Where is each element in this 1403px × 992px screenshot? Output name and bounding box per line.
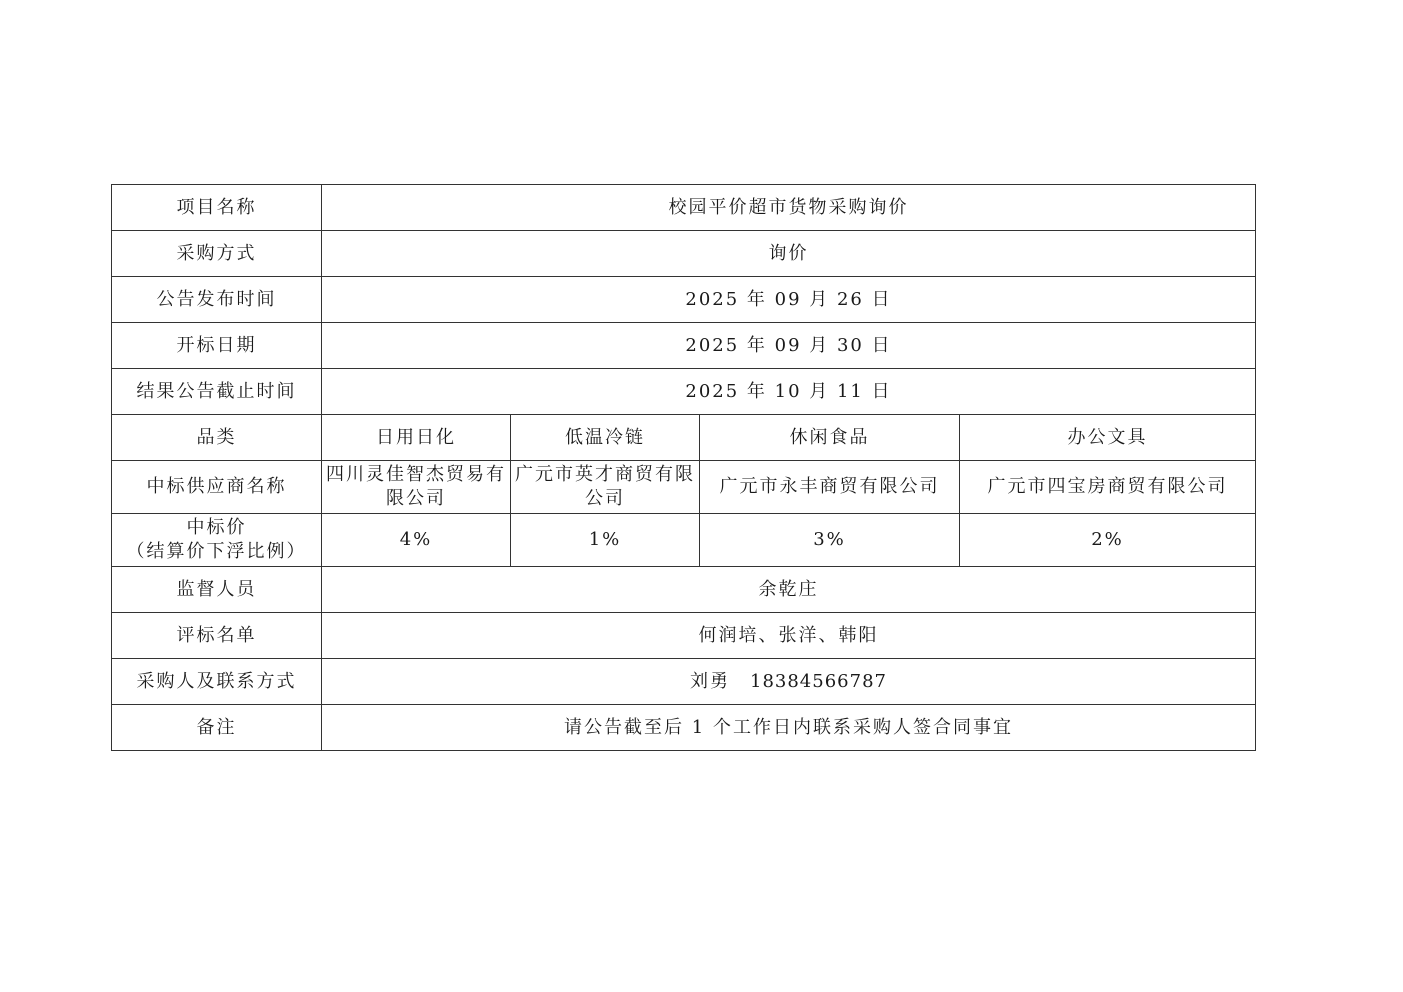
category-daily-chemicals: 日用日化 xyxy=(322,415,511,461)
price-office-supplies: 2% xyxy=(960,514,1256,567)
label-evaluation-list: 评标名单 xyxy=(112,613,322,659)
price-snacks: 3% xyxy=(700,514,960,567)
supplier-office-supplies: 广元市四宝房商贸有限公司 xyxy=(960,461,1256,514)
row-supervisor: 监督人员 余乾庄 xyxy=(112,567,1256,613)
row-categories: 品类 日用日化 低温冷链 休闲食品 办公文具 xyxy=(112,415,1256,461)
label-bid-opening-date: 开标日期 xyxy=(112,323,322,369)
value-bid-opening-date: 2025 年 09 月 30 日 xyxy=(322,323,1256,369)
row-evaluation-list: 评标名单 何润培、张洋、韩阳 xyxy=(112,613,1256,659)
value-supervisor: 余乾庄 xyxy=(322,567,1256,613)
label-remarks: 备注 xyxy=(112,705,322,751)
row-result-deadline: 结果公告截止时间 2025 年 10 月 11 日 xyxy=(112,369,1256,415)
label-winning-suppliers: 中标供应商名称 xyxy=(112,461,322,514)
value-procurement-method: 询价 xyxy=(322,231,1256,277)
value-purchaser-contact: 刘勇18384566787 xyxy=(322,659,1256,705)
label-announcement-time: 公告发布时间 xyxy=(112,277,322,323)
label-procurement-method: 采购方式 xyxy=(112,231,322,277)
row-remarks: 备注 请公告截至后 1 个工作日内联系采购人签合同事宜 xyxy=(112,705,1256,751)
value-remarks: 请公告截至后 1 个工作日内联系采购人签合同事宜 xyxy=(322,705,1256,751)
label-winning-price-line2: （结算价下浮比例） xyxy=(116,540,317,564)
document-page: 项目名称 校园平价超市货物采购询价 采购方式 询价 公告发布时间 2025 年 … xyxy=(0,0,1403,992)
purchaser-phone: 18384566787 xyxy=(750,671,887,692)
label-supervisor: 监督人员 xyxy=(112,567,322,613)
row-procurement-method: 采购方式 询价 xyxy=(112,231,1256,277)
category-snacks: 休闲食品 xyxy=(700,415,960,461)
label-winning-price: 中标价 （结算价下浮比例） xyxy=(112,514,322,567)
row-winning-suppliers: 中标供应商名称 四川灵佳智杰贸易有限公司 广元市英才商贸有限公司 广元市永丰商贸… xyxy=(112,461,1256,514)
label-purchaser-contact: 采购人及联系方式 xyxy=(112,659,322,705)
row-bid-opening-date: 开标日期 2025 年 09 月 30 日 xyxy=(112,323,1256,369)
value-evaluation-list: 何润培、张洋、韩阳 xyxy=(322,613,1256,659)
label-categories: 品类 xyxy=(112,415,322,461)
procurement-result-table: 项目名称 校园平价超市货物采购询价 采购方式 询价 公告发布时间 2025 年 … xyxy=(111,184,1256,751)
category-cold-chain: 低温冷链 xyxy=(511,415,700,461)
row-announcement-time: 公告发布时间 2025 年 09 月 26 日 xyxy=(112,277,1256,323)
label-project-name: 项目名称 xyxy=(112,185,322,231)
value-project-name: 校园平价超市货物采购询价 xyxy=(322,185,1256,231)
label-winning-price-line1: 中标价 xyxy=(116,516,317,540)
row-project-name: 项目名称 校园平价超市货物采购询价 xyxy=(112,185,1256,231)
price-cold-chain: 1% xyxy=(511,514,700,567)
purchaser-name: 刘勇 xyxy=(690,671,730,692)
row-winning-price: 中标价 （结算价下浮比例） 4% 1% 3% 2% xyxy=(112,514,1256,567)
supplier-daily-chemicals: 四川灵佳智杰贸易有限公司 xyxy=(322,461,511,514)
supplier-snacks: 广元市永丰商贸有限公司 xyxy=(700,461,960,514)
category-office-supplies: 办公文具 xyxy=(960,415,1256,461)
value-result-deadline: 2025 年 10 月 11 日 xyxy=(322,369,1256,415)
price-daily-chemicals: 4% xyxy=(322,514,511,567)
value-announcement-time: 2025 年 09 月 26 日 xyxy=(322,277,1256,323)
supplier-cold-chain: 广元市英才商贸有限公司 xyxy=(511,461,700,514)
label-result-deadline: 结果公告截止时间 xyxy=(112,369,322,415)
row-purchaser-contact: 采购人及联系方式 刘勇18384566787 xyxy=(112,659,1256,705)
